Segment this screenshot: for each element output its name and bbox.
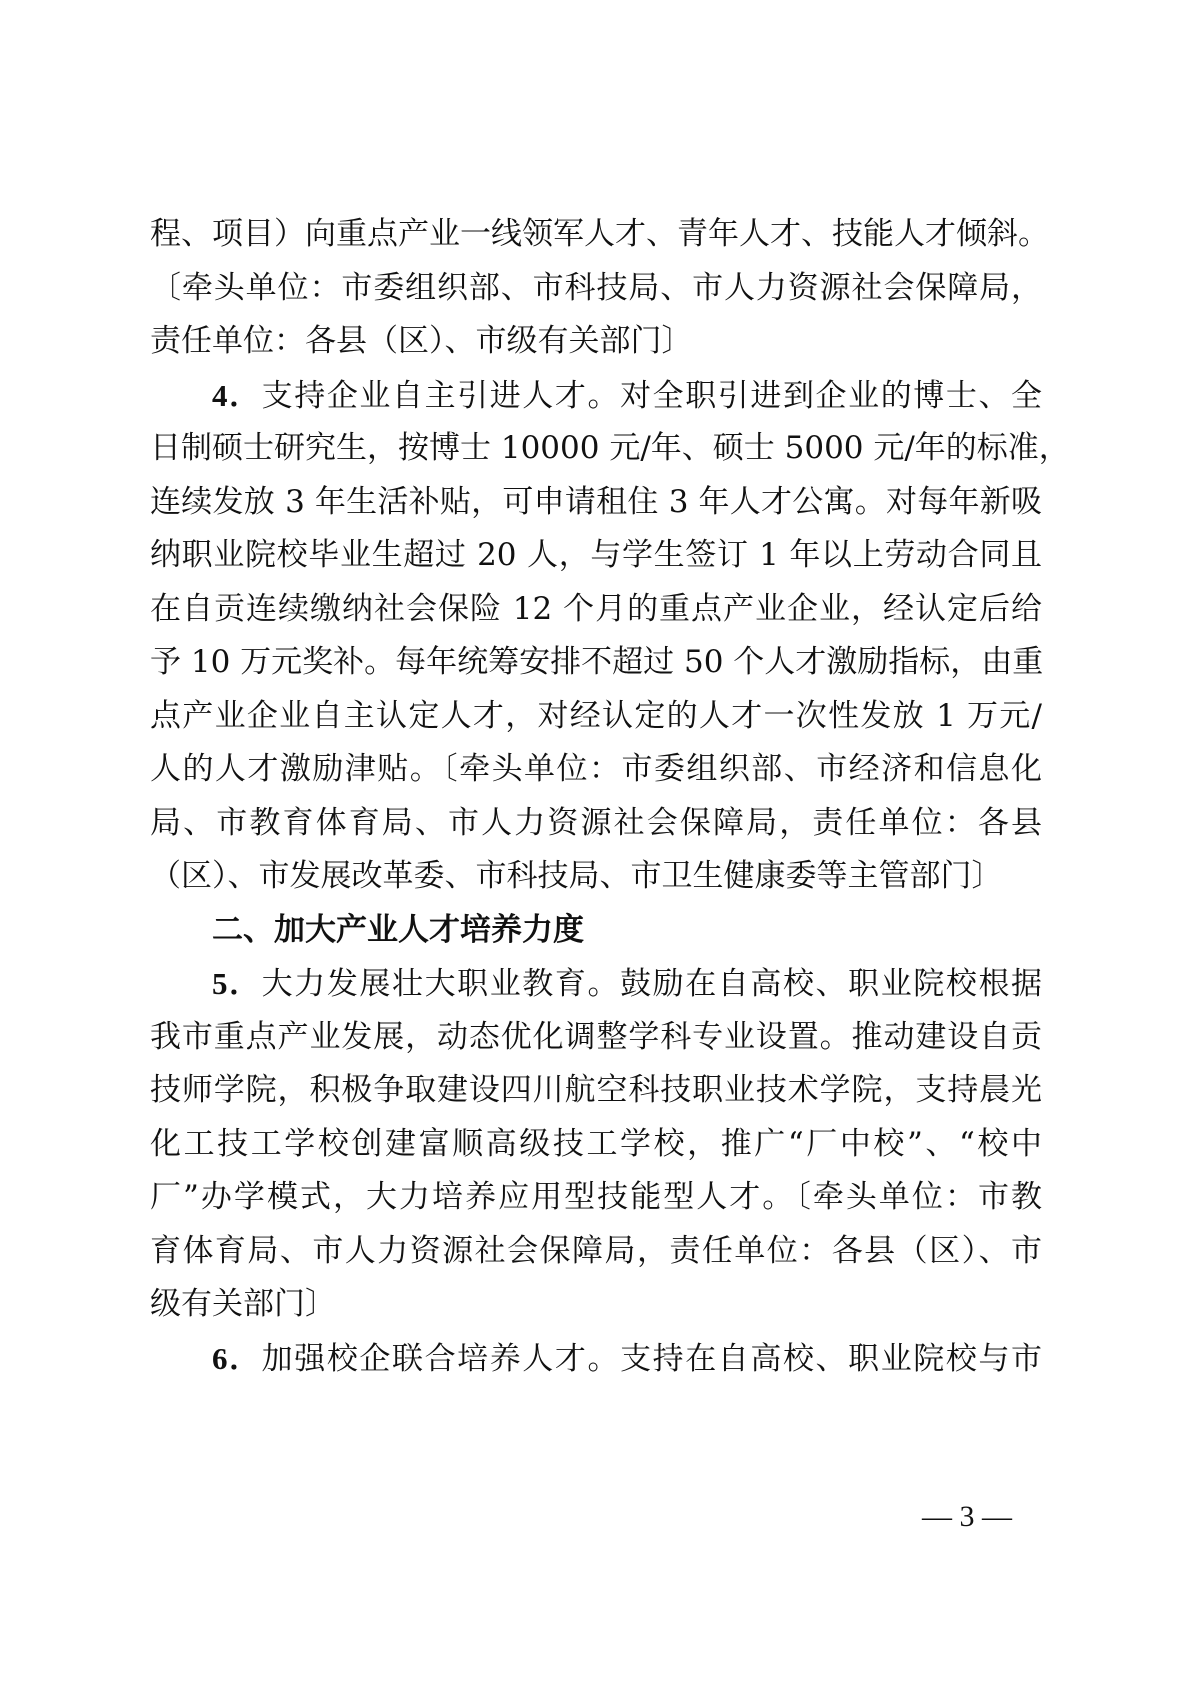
item-6-title: 加强校企联合培养人才。 (262, 1341, 620, 1377)
item-5-line-2: 我市重点产业发展，动态优化调整学科专业设置。推动建设自贡 (150, 1011, 1042, 1065)
item-4-first-line-text: 对全职引进到企业的博士、全 (620, 378, 1042, 414)
item-4-line-4: 纳职业院校毕业生超过 20 人，与学生签订 1 年以上劳动合同且 (150, 529, 1042, 583)
item-4-line-9: 局、市教育体育局、市人力资源社会保障局，责任单位：各县 (150, 797, 1042, 851)
item-5-line-7: 级有关部门〕 (150, 1278, 1042, 1332)
item-4-line-3: 连续发放 3 年生活补贴，可申请租住 3 年人才公寓。对每年新吸 (150, 476, 1042, 530)
item-4-title: 支持企业自主引进人才。 (262, 378, 620, 414)
paragraph-3-line-2: 〔牵头单位：市委组织部、市科技局、市人力资源社会保障局， (150, 262, 1042, 316)
item-4-number: 4． (212, 378, 262, 413)
item-4-line-6: 予 10 万元奖补。每年统筹安排不超过 50 个人才激励指标，由重 (150, 636, 1042, 690)
item-4-line-5: 在自贡连续缴纳社会保险 12 个月的重点产业企业，经认定后给 (150, 583, 1042, 637)
item-5-line-5: 厂”办学模式，大力培养应用型技能型人才。〔牵头单位：市教 (150, 1171, 1042, 1225)
section-2-heading: 二、加大产业人才培养力度 (150, 904, 1042, 958)
item-6-first-line-text: 支持在自高校、职业院校与市 (620, 1341, 1042, 1377)
item-6-first-line: 6．加强校企联合培养人才。支持在自高校、职业院校与市 (150, 1332, 1042, 1386)
item-4-line-7: 点产业企业自主认定人才，对经认定的人才一次性发放 1 万元/ (150, 690, 1042, 744)
item-4-line-10: （区）、市发展改革委、市科技局、市卫生健康委等主管部门〕 (150, 850, 1042, 904)
item-4-first-line: 4．支持企业自主引进人才。对全职引进到企业的博士、全 (150, 369, 1042, 423)
item-5-line-4: 化工技工学校创建富顺高级技工学校，推广“厂中校”、“校中 (150, 1118, 1042, 1172)
item-5-first-line: 5．大力发展壮大职业教育。鼓励在自高校、职业院校根据 (150, 957, 1042, 1011)
item-4-line-8: 人的人才激励津贴。〔牵头单位：市委组织部、市经济和信息化 (150, 743, 1042, 797)
paragraph-3-line-3: 责任单位：各县（区）、市级有关部门〕 (150, 315, 1042, 369)
document-page: 程、项目）向重点产业一线领军人才、青年人才、技能人才倾斜。 〔牵头单位：市委组织… (150, 208, 1042, 1385)
item-5-line-6: 育体育局、市人力资源社会保障局，责任单位：各县（区）、市 (150, 1225, 1042, 1279)
item-6-number: 6． (212, 1341, 262, 1376)
item-5-title: 大力发展壮大职业教育。 (262, 966, 620, 1002)
item-5-line-3: 技师学院，积极争取建设四川航空科技职业技术学院，支持晨光 (150, 1064, 1042, 1118)
item-5-number: 5． (212, 966, 262, 1001)
item-4-line-2: 日制硕士研究生，按博士 10000 元/年、硕士 5000 元/年的标准， (150, 422, 1042, 476)
paragraph-3-line-1: 程、项目）向重点产业一线领军人才、青年人才、技能人才倾斜。 (150, 208, 1042, 262)
item-5-first-line-text: 鼓励在自高校、职业院校根据 (620, 966, 1042, 1002)
page-number: — 3 — (922, 1500, 1012, 1534)
